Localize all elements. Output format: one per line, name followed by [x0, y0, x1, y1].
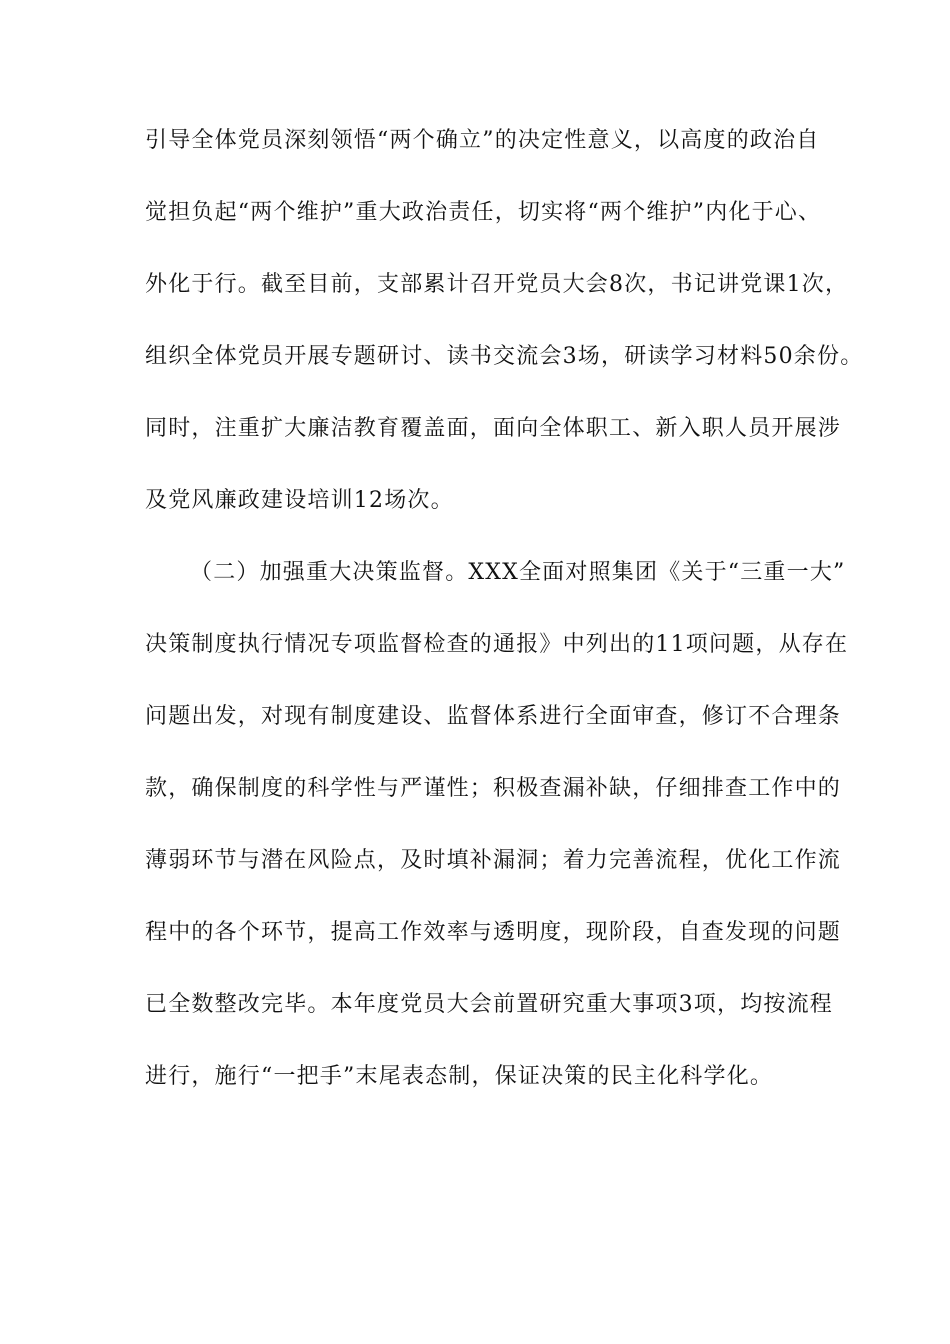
- paragraph-2-line-8: 进行，施行“一把手”末尾表态制，保证决策的民主化科学化。: [145, 1062, 815, 1092]
- paragraph-1-line-4: 组织全体党员开展专题研讨、读书交流会3场，研读学习材料50余份。: [145, 342, 815, 372]
- paragraph-1-line-5: 同时，注重扩大廉洁教育覆盖面，面向全体职工、新入职人员开展涉: [145, 414, 815, 444]
- paragraph-2-line-4: 款，确保制度的科学性与严谨性；积极查漏补缺，仔细排查工作中的: [145, 774, 815, 804]
- paragraph-1-line-6: 及党风廉政建设培训12场次。: [145, 486, 815, 516]
- paragraph-2-line-6: 程中的各个环节，提高工作效率与透明度，现阶段，自查发现的问题: [145, 918, 815, 948]
- document-page: 引导全体党员深刻领悟“两个确立”的决定性意义，以高度的政治自 觉担负起“两个维护…: [0, 0, 950, 1344]
- paragraph-2-line-1: （二）加强重大决策监督。XXX全面对照集团《关于“三重一大”: [190, 558, 815, 588]
- paragraph-2-line-2: 决策制度执行情况专项监督检查的通报》中列出的11项问题，从存在: [145, 630, 815, 660]
- paragraph-1-line-3: 外化于行。截至目前，支部累计召开党员大会8次，书记讲党课1次，: [145, 270, 815, 300]
- paragraph-2-line-3: 问题出发，对现有制度建设、监督体系进行全面审查，修订不合理条: [145, 702, 815, 732]
- paragraph-2-line-5: 薄弱环节与潜在风险点，及时填补漏洞；着力完善流程，优化工作流: [145, 846, 815, 876]
- paragraph-1-line-2: 觉担负起“两个维护”重大政治责任，切实将“两个维护”内化于心、: [145, 198, 815, 228]
- paragraph-2-line-7: 已全数整改完毕。本年度党员大会前置研究重大事项3项，均按流程: [145, 990, 815, 1020]
- paragraph-1-line-1: 引导全体党员深刻领悟“两个确立”的决定性意义，以高度的政治自: [145, 126, 815, 156]
